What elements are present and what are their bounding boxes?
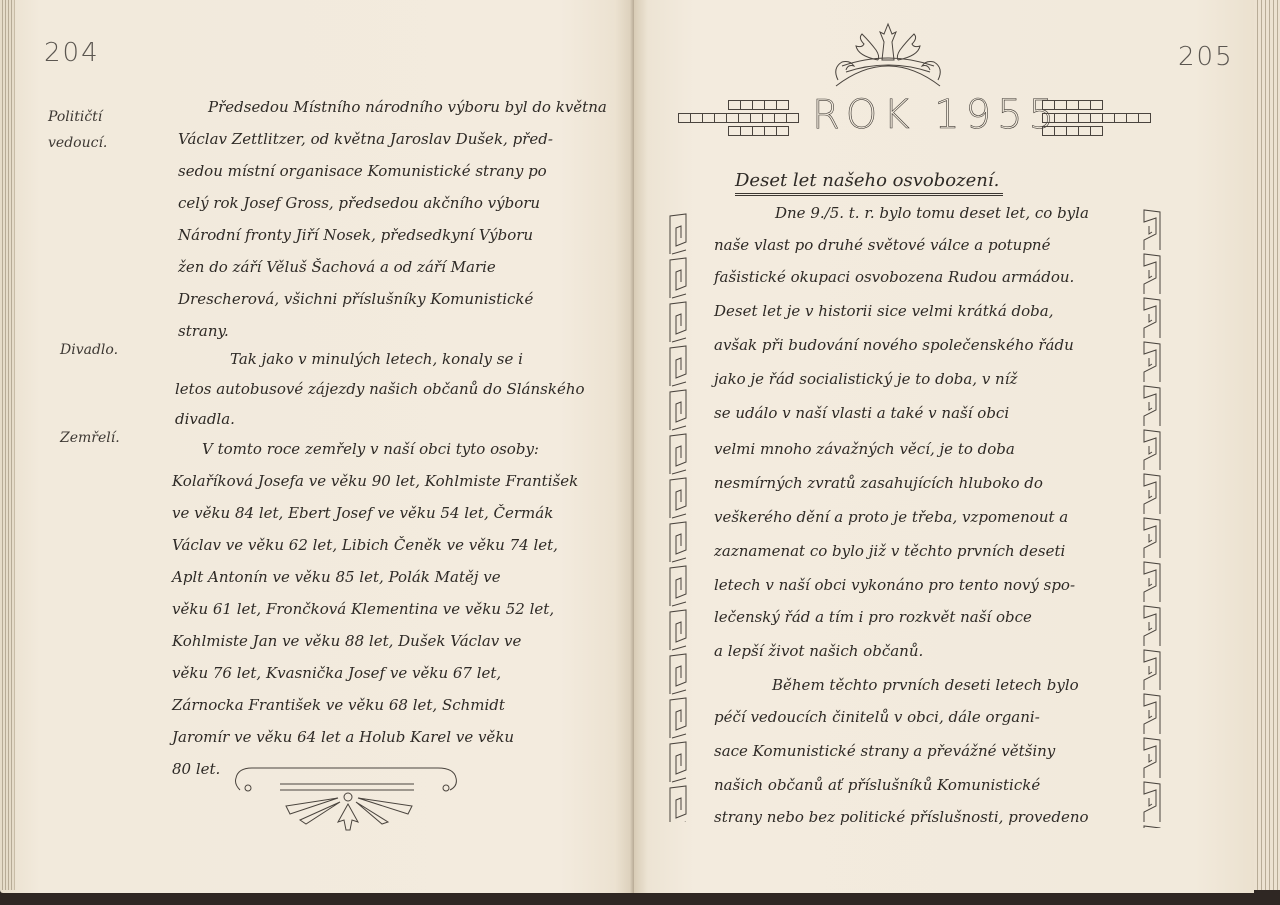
text-line: strany.	[178, 322, 229, 340]
text-line: žen do září Věluš Šachová a od září Mari…	[178, 258, 496, 276]
text-line: věku 61 let, Frončková Klementina ve věk…	[172, 600, 554, 618]
text-line: nesmírných zvratů zasahujících hluboko d…	[714, 474, 1043, 492]
text-line: Kohlmiste Jan ve věku 88 let, Dušek Václ…	[172, 632, 521, 650]
text-line: 80 let.	[172, 760, 220, 778]
text-line: věku 76 let, Kvasnička Josef ve věku 67 …	[172, 664, 501, 682]
greek-key-border-left-icon	[668, 212, 690, 822]
year-heading: ROK 1955	[812, 92, 1060, 138]
text-line: Aplt Antonín ve věku 85 let, Polák Matěj…	[172, 568, 501, 586]
page-number-right: 205	[1178, 42, 1234, 72]
page-edges-right	[1254, 0, 1280, 890]
text-line: veškerého dění a proto je třeba, vzpomen…	[714, 508, 1068, 526]
text-line: péčí vedoucích činitelů v obci, dále org…	[714, 708, 1040, 726]
text-line: jako je řád socialistický je to doba, v …	[714, 370, 1017, 388]
margin-note-deceased: Zemřelí.	[60, 425, 120, 451]
text-line: Tak jako v minulých letech, konaly se i	[230, 350, 523, 368]
greek-key-border-right-icon	[1140, 208, 1162, 828]
text-line: našich občanů ať příslušníků Komunistick…	[714, 776, 1040, 794]
text-line: velmi mnoho závažných věcí, je to doba	[714, 440, 1015, 458]
text-line: Zárnocka František ve věku 68 let, Schmi…	[172, 696, 505, 714]
text-line: Během těchto prvních deseti letech bylo	[772, 676, 1079, 694]
text-line: sace Komunistické strany a převážné větš…	[714, 742, 1055, 760]
page-number-left: 204	[44, 38, 100, 68]
text-line: zaznamenat co bylo již v těchto prvních …	[714, 542, 1065, 560]
text-line: se událo v naší vlasti a také v naší obc…	[714, 404, 1009, 422]
open-book: 204 Političtí vedoucí. Divadlo. Zemřelí.…	[0, 0, 1280, 895]
text-line: Deset let je v historii sice velmi krátk…	[714, 302, 1054, 320]
left-page: 204 Političtí vedoucí. Divadlo. Zemřelí.…	[0, 0, 634, 893]
text-line: naše vlast po druhé světové válce a potu…	[714, 236, 1050, 254]
page-edges-left	[0, 0, 15, 890]
text-line: Kolaříková Josefa ve věku 90 let, Kohlmi…	[172, 472, 578, 490]
text-line: celý rok Josef Gross, předsedou akčního …	[178, 194, 540, 212]
fan-ornament-icon	[228, 760, 468, 835]
text-line: lečenský řád a tím i pro rozkvět naší ob…	[714, 608, 1032, 626]
text-line: divadla.	[175, 410, 235, 428]
text-line: avšak při budování nového společenského …	[714, 336, 1074, 354]
text-line: Jaromír ve věku 64 let a Holub Karel ve …	[172, 728, 514, 746]
text-line: Václav Zettlitzer, od května Jaroslav Du…	[178, 130, 553, 148]
text-line: Václav ve věku 62 let, Libich Čeněk ve v…	[172, 536, 558, 554]
text-line: Národní fronty Jiří Nosek, předsedkyní V…	[178, 226, 533, 244]
text-line: Drescherová, všichni příslušníky Komunis…	[178, 290, 533, 308]
text-line: Dne 9./5. t. r. bylo tomu deset let, co …	[775, 204, 1089, 222]
text-line: fašistické okupaci osvobozena Rudou armá…	[714, 268, 1074, 286]
margin-note-theatre: Divadlo.	[60, 337, 118, 363]
text-line: sedou místní organisace Komunistické str…	[178, 162, 547, 180]
text-line: V tomto roce zemřely v naší obci tyto os…	[202, 440, 539, 458]
text-line: ve věku 84 let, Ebert Josef ve věku 54 l…	[172, 504, 553, 522]
crown-ornament-icon	[818, 20, 958, 90]
text-line: strany nebo bez politické příslušnosti, …	[714, 808, 1089, 826]
margin-note-political-leaders: Političtí vedoucí.	[48, 104, 107, 156]
text-line: a lepší život našich občanů.	[714, 642, 923, 660]
section-title: Deset let našeho osvobození.	[735, 170, 1003, 196]
text-line: Předsedou Místního národního výboru byl …	[208, 98, 607, 116]
text-line: letech v naší obci vykonáno pro tento no…	[714, 576, 1075, 594]
text-line: letos autobusové zájezdy našich občanů d…	[175, 380, 585, 398]
